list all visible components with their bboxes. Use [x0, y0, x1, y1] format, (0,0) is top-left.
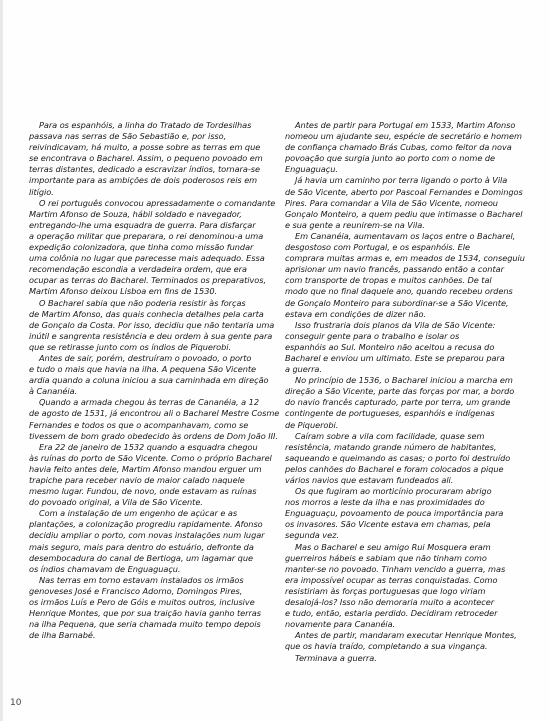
text-line: resistência, matando grande número de ha…: [285, 442, 523, 453]
text-line: do povoado original, a Vila de São Vicen…: [29, 497, 275, 508]
text-line: tivessem de bom grado obedecido às orden…: [29, 431, 275, 442]
text-line: era impossível ocupar as terras conquist…: [285, 575, 523, 586]
text-line: reivindicavam, há muito, a posse sobre a…: [29, 142, 275, 153]
text-line: pelos canhões do Bacharel e foram coloca…: [285, 464, 523, 475]
text-line: Para os espanhóis, a linha do Tratado de…: [29, 120, 275, 131]
text-line: de confiança chamado Brás Cubas, como fe…: [285, 142, 523, 153]
text-line: de Martim Afonso, das quais conhecia det…: [29, 309, 275, 320]
text-line: manter-se no povoado. Tinham vencido a g…: [285, 564, 523, 575]
text-line: Caíram sobre a vila com facilidade, quas…: [285, 431, 523, 442]
text-line: os índios chamavam de Enguaguaçu.: [29, 564, 275, 575]
text-line: de São Vicente, aberto por Pascoal Ferna…: [285, 187, 523, 198]
text-line: de agosto de 1531, já encontrou ali o Ba…: [29, 408, 275, 419]
text-line: Martim Afonso de Souza, hábil soldado e …: [29, 209, 275, 220]
text-line: uma colônia no lugar que parecesse mais …: [29, 253, 275, 264]
text-line: Os que fugiram ao morticínio procuraram …: [285, 486, 523, 497]
text-line: conseguir gente para o trabalho e isolar…: [285, 331, 523, 342]
text-line: Enguaguaçu.: [285, 164, 523, 175]
text-line: Pires. Para comandar a Vila de São Vicen…: [285, 198, 523, 209]
text-line: às ruínas do porto de São Vicente. Como …: [29, 453, 275, 464]
text-line: genoveses José e Francisco Adorno, Domin…: [29, 586, 275, 597]
text-line: mesmo lugar. Fundou, de novo, onde estav…: [29, 486, 275, 497]
text-line: que os havia traído, completando a sua v…: [285, 641, 523, 652]
text-line: se encontrava o Bacharel. Assim, o peque…: [29, 153, 275, 164]
text-line: desgostoso com Portugal, e os espanhóis.…: [285, 242, 523, 253]
text-line: comprara muitas armas e, em meados de 15…: [285, 253, 523, 264]
text-line: de Gonçalo da Costa. Por isso, decidiu q…: [29, 320, 275, 331]
text-line: recomendação escondia a verdadeira ordem…: [29, 264, 275, 275]
text-line: importante para as ambições de dois pode…: [29, 175, 275, 186]
text-line: e tudo o mais que havia na ilha. A peque…: [29, 364, 275, 375]
text-line: O Bacharel sabia que não poderia resisti…: [29, 298, 275, 309]
text-line: expedição colonizadora, que tinha como m…: [29, 242, 275, 253]
text-line: espanhóis ao Sul. Monteiro não aceitou a…: [285, 342, 523, 353]
text-line: na ilha Pequena, que seria chamada muito…: [29, 619, 275, 630]
text-line: No princípio de 1536, o Bacharel iniciou…: [285, 375, 523, 386]
text-line: estava em condições de dizer não.: [285, 309, 523, 320]
text-line: povoação que surgia junto ao porto com o…: [285, 153, 523, 164]
text-line: direção a São Vicente, parte das forças …: [285, 386, 523, 397]
text-line: Com a instalação de um engenho de açúcar…: [29, 508, 275, 519]
text-line: resistiriam às forças portuguesas que lo…: [285, 586, 523, 597]
text-line: decidiu ampliar o porto, com novas insta…: [29, 530, 275, 541]
text-line: Já havia um caminho por terra ligando o …: [285, 175, 523, 186]
text-line: nos morros a leste da ilha e nas proximi…: [285, 497, 523, 508]
text-line: aprisionar um navio francês, passando en…: [285, 264, 523, 275]
text-line: de ilha Barnabé.: [29, 630, 275, 641]
text-line: saqueando e queimando as casas; o porto …: [285, 453, 523, 464]
text-line: os irmãos Luís e Pero de Góis e muitos o…: [29, 597, 275, 608]
text-line: e tudo, então, estaria perdido. Decidira…: [285, 608, 523, 619]
text-line: O rei português convocou apressadamente …: [29, 198, 275, 209]
text-line: guerreiros hábeis e sabiam que não tinha…: [285, 553, 523, 564]
text-line: nomeou um ajudante seu, espécie de secre…: [285, 131, 523, 142]
text-line: de Piquerobi.: [285, 420, 523, 431]
text-line: inútil e sangrenta resistência e deu ord…: [29, 331, 275, 342]
text-line: litígio.: [29, 187, 275, 198]
text-line: novamente para Cananéia.: [285, 619, 523, 630]
text-line: Antes de partir para Portugal em 1533, M…: [285, 120, 523, 131]
text-line: modo que no final daquele ano, quando re…: [285, 286, 523, 297]
text-line: a guerra.: [285, 364, 523, 375]
text-line: Era 22 de janeiro de 1532 quando a esqua…: [29, 442, 275, 453]
text-line: Antes de partir, mandaram executar Henri…: [285, 630, 523, 641]
text-line: a operação militar que preparara, o rei …: [29, 231, 275, 242]
text-line: segunda vez.: [285, 530, 523, 541]
text-line: trapiche para receber navio de maior cal…: [29, 475, 275, 486]
text-line: entregando-lhe uma esquadra de guerra. P…: [29, 220, 275, 231]
text-line: Nas terras em torno estavam instalados o…: [29, 575, 275, 586]
text-line: Martim Afonso deixou Lisboa em fins de 1…: [29, 286, 275, 297]
document-page: Para os espanhóis, a linha do Tratado de…: [0, 0, 550, 721]
text-column-right: Antes de partir para Portugal em 1533, M…: [285, 120, 523, 664]
text-line: à Cananéia.: [29, 386, 275, 397]
text-line: Bacharel e enviou um ultimato. Este se p…: [285, 353, 523, 364]
text-line: desalojá-los? Isso não demoraria muito a…: [285, 597, 523, 608]
text-line: de Gonçalo Monteiro para subordinar-se a…: [285, 298, 523, 309]
text-line: Isso frustraria dois planos da Vila de S…: [285, 320, 523, 331]
text-line: Enguaguaçu, povoamento de pouca importân…: [285, 508, 523, 519]
text-line: desembocadura do canal de Bertioga, um l…: [29, 553, 275, 564]
text-line: terras distantes, dedicado a escravizar …: [29, 164, 275, 175]
text-line: vários navios que estavam fundeados ali.: [285, 475, 523, 486]
text-line: Gonçalo Monteiro, a quem pediu que intim…: [285, 209, 523, 220]
text-line: ardia quando a coluna iniciou a sua cami…: [29, 375, 275, 386]
page-edge: [0, 0, 3, 721]
text-line: com transporte de tropas e muitos canhõe…: [285, 275, 523, 286]
text-line: mais seguro, mais para dentro do estuári…: [29, 542, 275, 553]
text-line: plantações, a colonização progrediu rapi…: [29, 519, 275, 530]
text-line: que se retirasse junto com os índios de …: [29, 342, 275, 353]
text-line: Terminava a guerra.: [285, 653, 523, 664]
text-line: Mas o Bacharel e seu amigo Rui Mosquera …: [285, 542, 523, 553]
text-line: Em Cananéia, aumentavam os laços entre o…: [285, 231, 523, 242]
text-line: Fernandes e todos os que o acompanhavam,…: [29, 420, 275, 431]
text-line: havia feito antes dele, Martim Afonso ma…: [29, 464, 275, 475]
text-line: e sua gente a reunirem-se na Vila.: [285, 220, 523, 231]
text-line: passava nas serras de São Sebastião e, p…: [29, 131, 275, 142]
text-line: ocupar as terras do Bacharel. Terminados…: [29, 275, 275, 286]
text-column-left: Para os espanhóis, a linha do Tratado de…: [29, 120, 275, 641]
text-line: Henrique Montes, que por sua traição hav…: [29, 608, 275, 619]
page-number: 10: [10, 698, 21, 708]
text-line: os invasores. São Vicente estava em cham…: [285, 519, 523, 530]
text-line: Antes de sair, porém, destruíram o povoa…: [29, 353, 275, 364]
text-line: do navio francês capturado, parte por te…: [285, 397, 523, 408]
text-line: Quando a armada chegou às terras de Cana…: [29, 397, 275, 408]
text-line: contingente de portugueses, espanhóis e …: [285, 408, 523, 419]
